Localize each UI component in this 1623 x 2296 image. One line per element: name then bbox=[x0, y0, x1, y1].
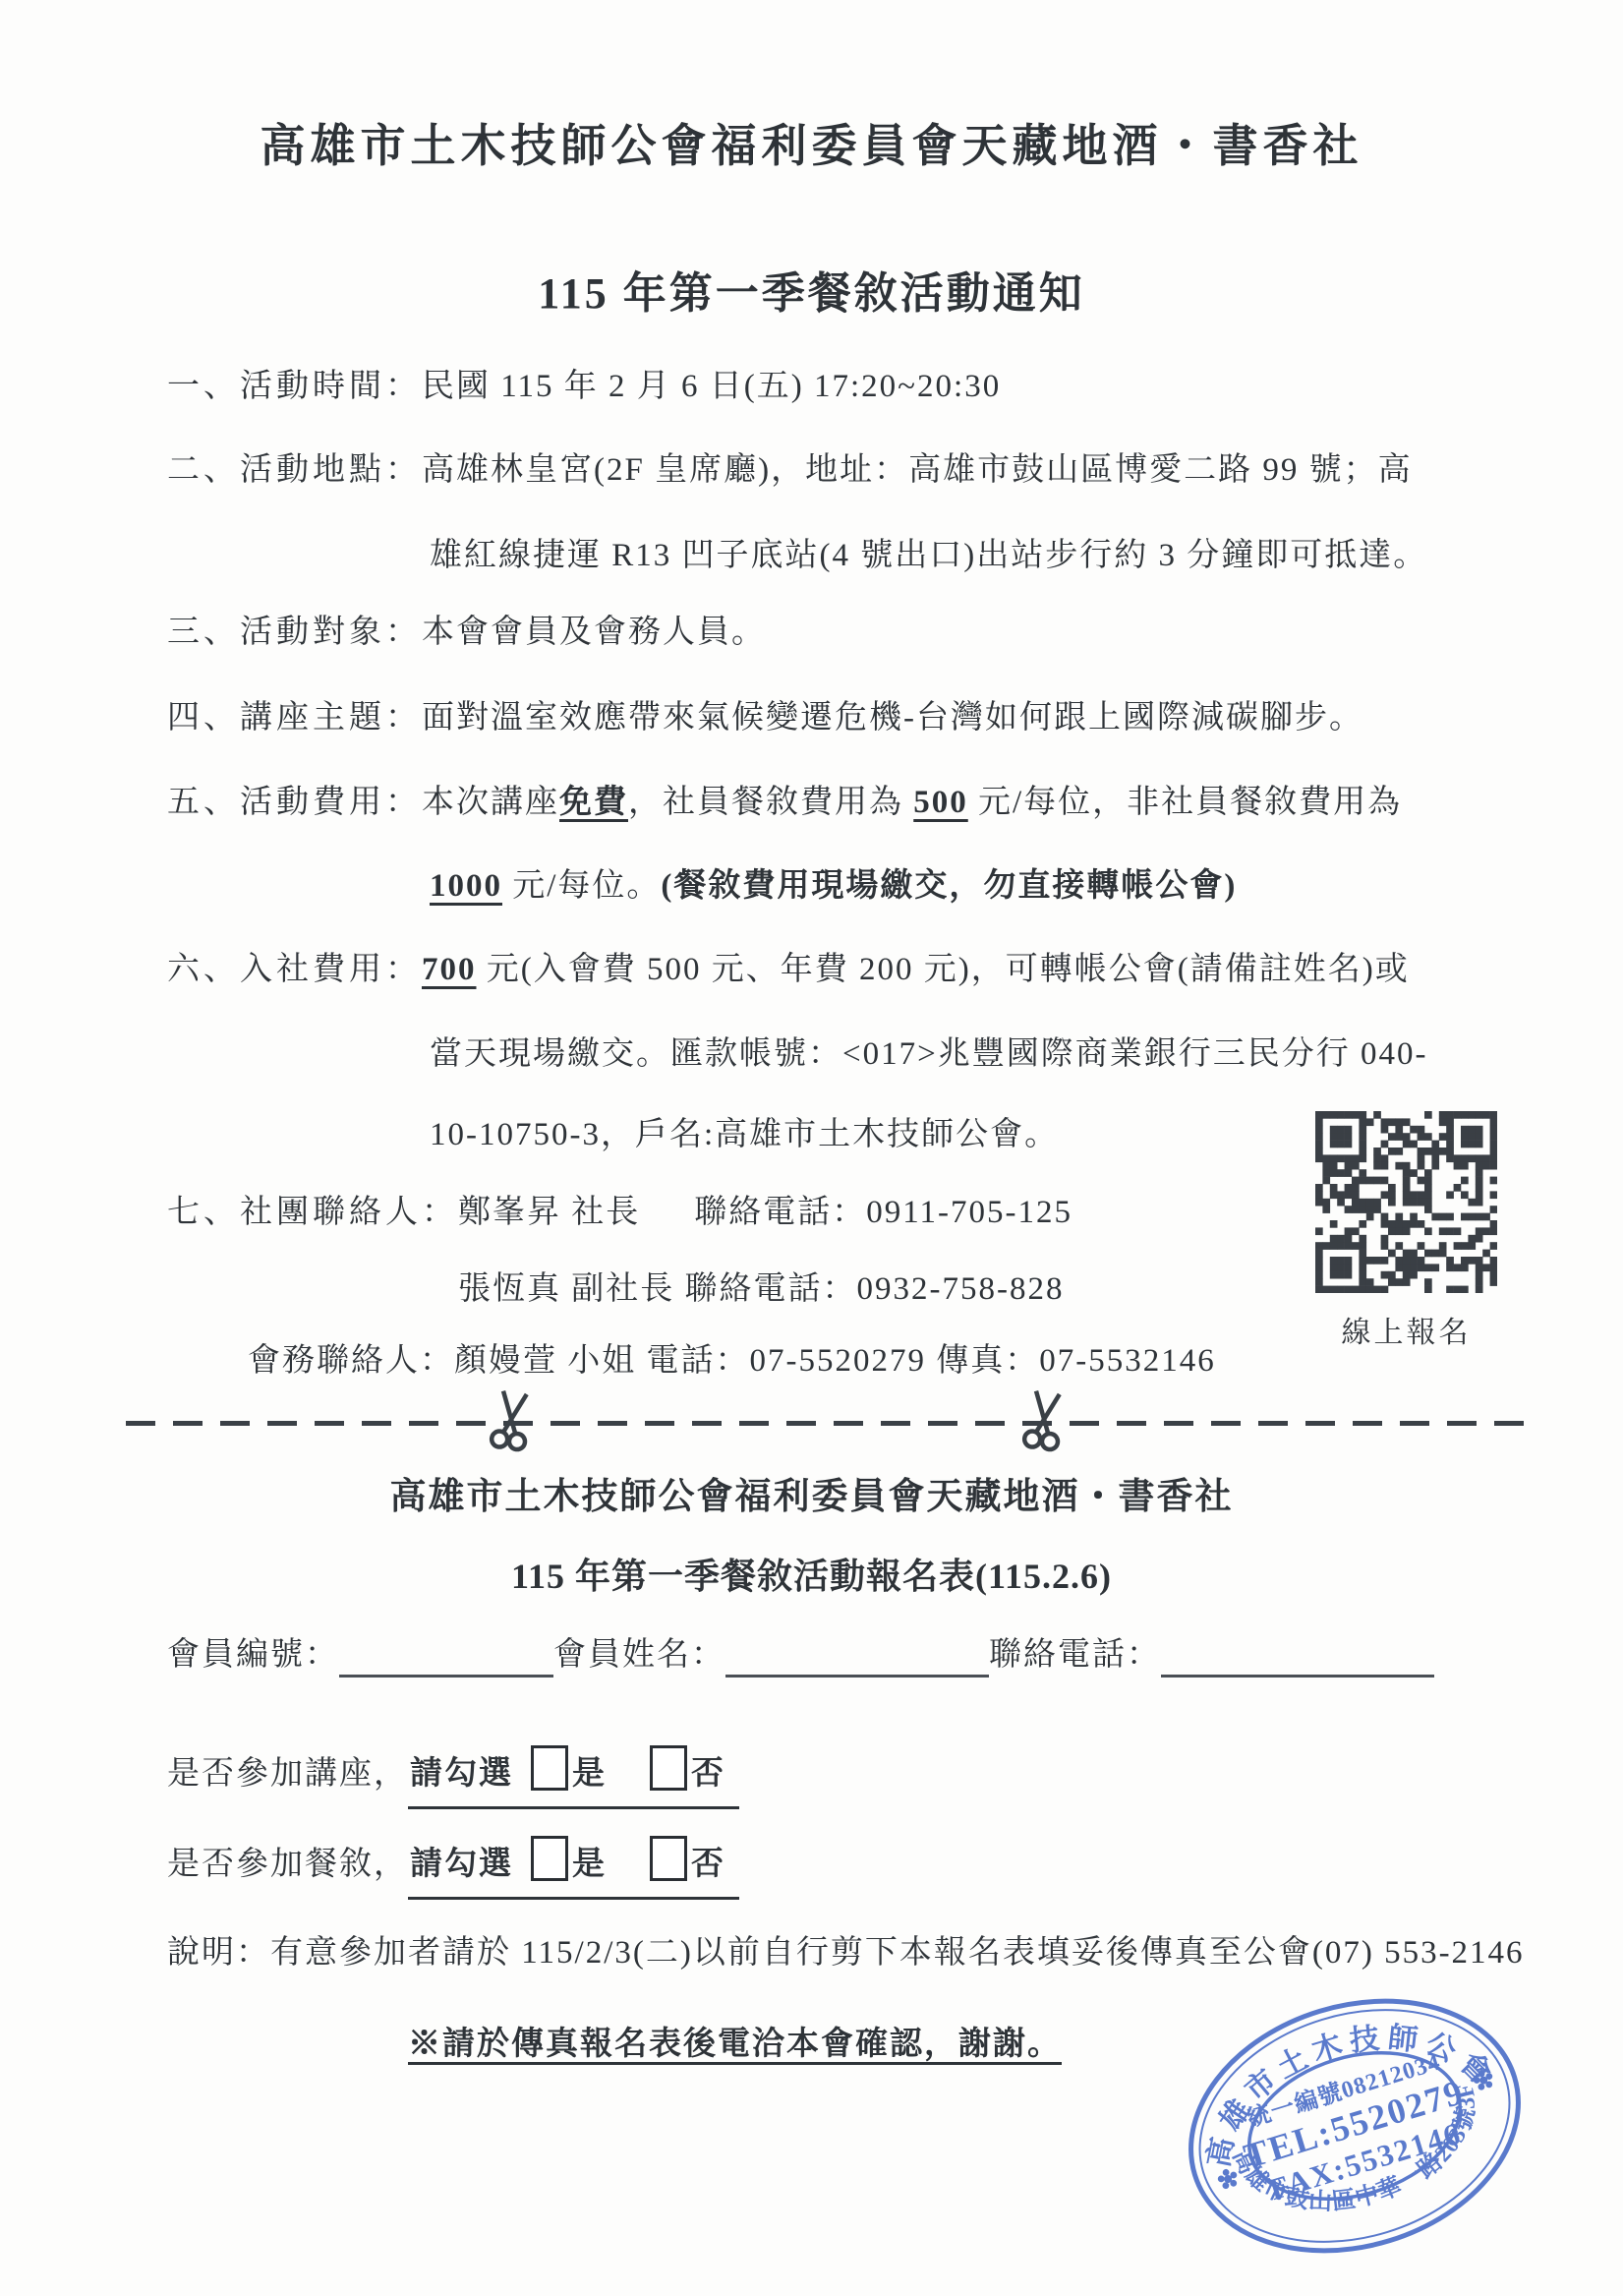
item5-seg3: 元/每位，非社員餐敘費用為 bbox=[968, 785, 1402, 820]
item-audience: 三、活動對象：本會會員及會務人員。 bbox=[167, 610, 766, 655]
item4-label: 四、講座主題： bbox=[167, 700, 422, 736]
item-activity-time: 一、活動時間：民國 115 年 2 月 6 日(五) 17:20~20:30 bbox=[167, 364, 1001, 409]
nonmember-fee: 1000 bbox=[430, 868, 502, 904]
fax-confirm-note: ※請於傳真報名表後電洽本會確認，謝謝。 bbox=[408, 2022, 1062, 2067]
notice-title: 高雄市土木技師公會福利委員會天藏地酒・書香社 bbox=[0, 124, 1623, 169]
item-activity-place-line1: 二、活動地點：高雄林皇宮(2F 皇席廳)，地址：高雄市鼓山區博愛二路 99 號；… bbox=[167, 447, 1413, 493]
dinner-no-checkbox bbox=[650, 1836, 687, 1881]
member-fee: 500 bbox=[913, 785, 968, 820]
dinner-yes-checkbox bbox=[531, 1836, 568, 1881]
question-lecture-text: 是否參加講座， bbox=[167, 1756, 408, 1792]
scissors-icon bbox=[1017, 1383, 1070, 1455]
item-lecture-topic: 四、講座主題：面對溫室效應帶來氣候變遷危機-台灣如何跟上國際減碳腳步。 bbox=[167, 695, 1363, 740]
question-dinner-text: 是否參加餐敘， bbox=[167, 1847, 408, 1882]
question-lecture-row: 是否參加講座，請勾選是否 bbox=[167, 1738, 739, 1809]
form-title: 高雄市土木技師公會福利委員會天藏地酒・書香社 bbox=[0, 1475, 1623, 1520]
form-subtitle: 115 年第一季餐敘活動報名表(115.2.6) bbox=[0, 1554, 1623, 1599]
scanned-notice-page: 高雄市土木技師公會福利委員會天藏地酒・書香社 115 年第一季餐敘活動通知 一、… bbox=[0, 0, 1623, 2296]
item5-label: 五、活動費用： bbox=[167, 785, 422, 820]
cut-line bbox=[126, 1421, 1526, 1426]
join-fee: 700 bbox=[422, 952, 477, 987]
notice-subtitle: 115 年第一季餐敘活動通知 bbox=[0, 271, 1623, 317]
yes-label: 是 bbox=[572, 1847, 607, 1882]
item4-text: 面對溫室效應帶來氣候變遷危機-台灣如何跟上國際減碳腳步。 bbox=[422, 700, 1363, 736]
item-join-fee-line1: 六、入社費用：700 元(入會費 500 元、年費 200 元)，可轉帳公會(請… bbox=[167, 947, 1410, 992]
phone-label: 聯絡電話： bbox=[989, 1637, 1161, 1673]
check-instruction: 請勾選 bbox=[410, 1756, 513, 1792]
item2-line1: 高雄林皇宮(2F 皇席廳)，地址：高雄市鼓山區博愛二路 99 號；高 bbox=[422, 452, 1413, 488]
item-join-fee-line2: 當天現場繳交。匯款帳號：<017>兆豐國際商業銀行三民分行 040- bbox=[430, 1031, 1427, 1077]
item3-text: 本會會員及會務人員。 bbox=[422, 615, 766, 650]
item3-label: 三、活動對象： bbox=[167, 615, 422, 650]
item1-text: 民國 115 年 2 月 6 日(五) 17:20~20:30 bbox=[422, 369, 1001, 404]
lecture-checkbox-group: 請勾選是否 bbox=[408, 1738, 739, 1809]
item-activity-fee-line1: 五、活動費用：本次講座免費，社員餐敘費用為 500 元/每位，非社員餐敘費用為 bbox=[167, 780, 1402, 825]
contact-president-phone: 聯絡電話：0911-705-125 bbox=[694, 1195, 1072, 1230]
free-highlight: 免費 bbox=[559, 785, 628, 820]
item-contacts-line1: 七、社團聯絡人：鄭峯昇 社長聯絡電話：0911-705-125 bbox=[167, 1190, 1072, 1235]
item6-seg1: 元(入會費 500 元、年費 200 元)，可轉帳公會(請備註姓名)或 bbox=[477, 952, 1410, 987]
form-fields-row: 會員編號：會員姓名：聯絡電話： bbox=[167, 1632, 1434, 1678]
item5-seg2: ，社員餐敘費用為 bbox=[628, 785, 913, 820]
item2-label: 二、活動地點： bbox=[167, 452, 422, 488]
association-stamp: 高雄市土木技師公會 高雄市鼓山區中華一路203號3F 統一編號08212034 … bbox=[1178, 1978, 1532, 2278]
item7-label: 七、社團聯絡人： bbox=[167, 1195, 458, 1230]
fee-note: (餐敘費用現場繳交，勿直接轉帳公會) bbox=[661, 868, 1237, 904]
check-instruction: 請勾選 bbox=[410, 1847, 513, 1882]
item5-seg4: 元/每位。 bbox=[502, 868, 661, 904]
question-dinner-row: 是否參加餐敘，請勾選是否 bbox=[167, 1829, 739, 1900]
lecture-no-checkbox bbox=[650, 1745, 687, 1791]
item6-label: 六、入社費用： bbox=[167, 952, 422, 987]
member-id-label: 會員編號： bbox=[167, 1637, 339, 1673]
item-activity-fee-line2: 1000 元/每位。(餐敘費用現場繳交，勿直接轉帳公會) bbox=[430, 863, 1237, 909]
qr-code bbox=[1315, 1111, 1497, 1293]
item1-label: 一、活動時間： bbox=[167, 369, 422, 404]
member-name-blank bbox=[725, 1639, 989, 1678]
scissors-icon bbox=[485, 1383, 537, 1455]
dinner-checkbox-group: 請勾選是否 bbox=[408, 1829, 739, 1900]
item-contacts-line2: 張恆真 副社長 聯絡電話：0932-758-828 bbox=[458, 1266, 1064, 1312]
phone-blank bbox=[1161, 1639, 1434, 1678]
form-note: 說明：有意參加者請於 115/2/3(二)以前自行剪下本報名表填妥後傳真至公會(… bbox=[167, 1930, 1525, 1975]
qr-caption: 線上報名 bbox=[1315, 1308, 1497, 1351]
lecture-yes-checkbox bbox=[531, 1745, 568, 1791]
contact-president: 鄭峯昇 社長 bbox=[458, 1195, 640, 1230]
item-join-fee-line3: 10-10750-3，戶名:高雄市土木技師公會。 bbox=[430, 1112, 1059, 1157]
item-activity-place-line2: 雄紅線捷運 R13 凹子底站(4 號出口)出站步行約 3 分鐘即可抵達。 bbox=[430, 533, 1427, 578]
item5-seg1: 本次講座 bbox=[422, 785, 559, 820]
member-name-label: 會員姓名： bbox=[553, 1637, 725, 1673]
no-label: 否 bbox=[691, 1847, 725, 1882]
yes-label: 是 bbox=[572, 1756, 607, 1792]
item-contacts-line3: 會務聯絡人：顏嫚萱 小姐 電話：07-5520279 傳真：07-5532146 bbox=[248, 1338, 1216, 1383]
no-label: 否 bbox=[691, 1756, 725, 1792]
member-id-blank bbox=[339, 1639, 553, 1678]
